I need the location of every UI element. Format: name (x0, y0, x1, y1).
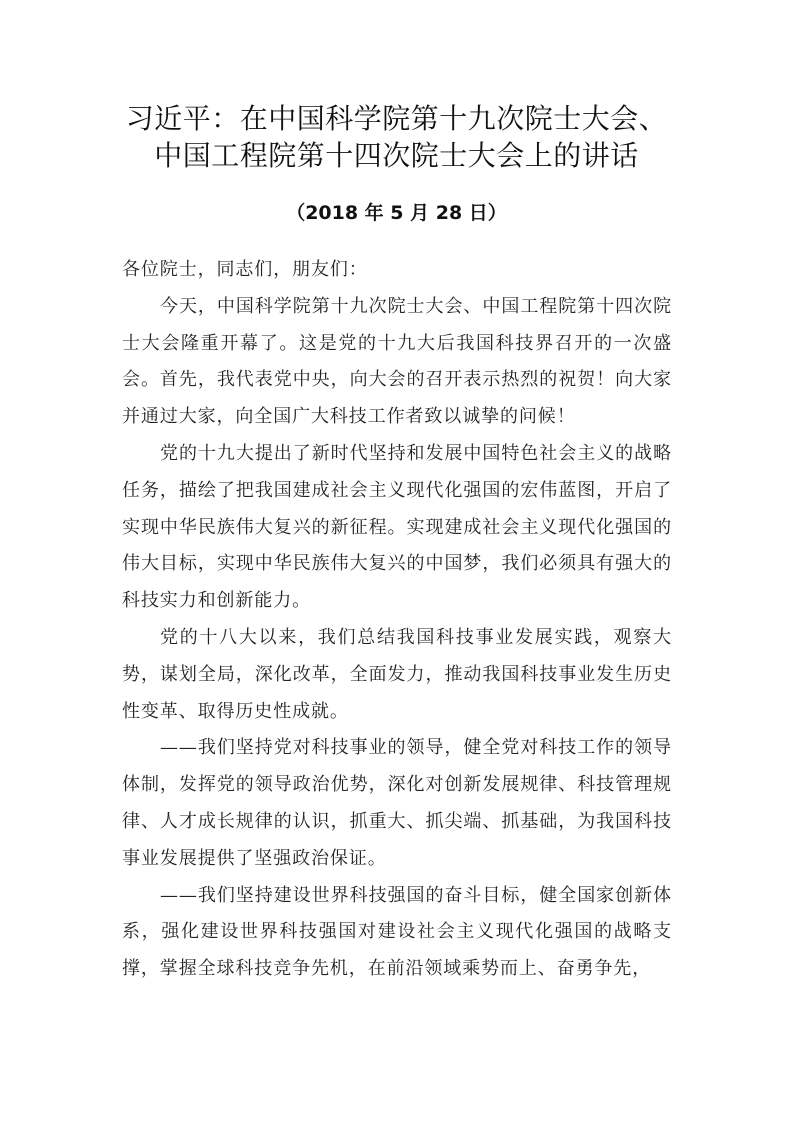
paragraph-1: 今天，中国科学院第十九次院士大会、中国工程院第十四次院士大会隆重开幕了。这是党的… (122, 289, 672, 436)
document-title: 习近平：在中国科学院第十九次院士大会、 中国工程院第十四次院士大会上的讲话 (0, 100, 793, 174)
paragraph-5: ——我们坚持建设世界科技强国的奋斗目标，健全国家创新体系，强化建设世界科技强国对… (122, 878, 672, 988)
document-page: 习近平：在中国科学院第十九次院士大会、 中国工程院第十四次院士大会上的讲话 （2… (0, 0, 793, 1122)
paragraph-3: 党的十八大以来，我们总结我国科技事业发展实践，观察大势，谋划全局，深化改革，全面… (122, 620, 672, 730)
paragraph-4: ——我们坚持党对科技事业的领导，健全党对科技工作的领导体制，发挥党的领导政治优势… (122, 730, 672, 877)
paragraph-2: 党的十九大提出了新时代坚持和发展中国特色社会主义的战略任务，描绘了把我国建成社会… (122, 436, 672, 620)
salutation: 各位院士，同志们，朋友们： (122, 252, 672, 289)
title-line-1: 习近平：在中国科学院第十九次院士大会、 (0, 100, 793, 137)
document-date: （2018 年 5 月 28 日） (0, 200, 793, 226)
document-body: 各位院士，同志们，朋友们： 今天，中国科学院第十九次院士大会、中国工程院第十四次… (122, 252, 672, 988)
title-line-2: 中国工程院第十四次院士大会上的讲话 (0, 137, 793, 174)
